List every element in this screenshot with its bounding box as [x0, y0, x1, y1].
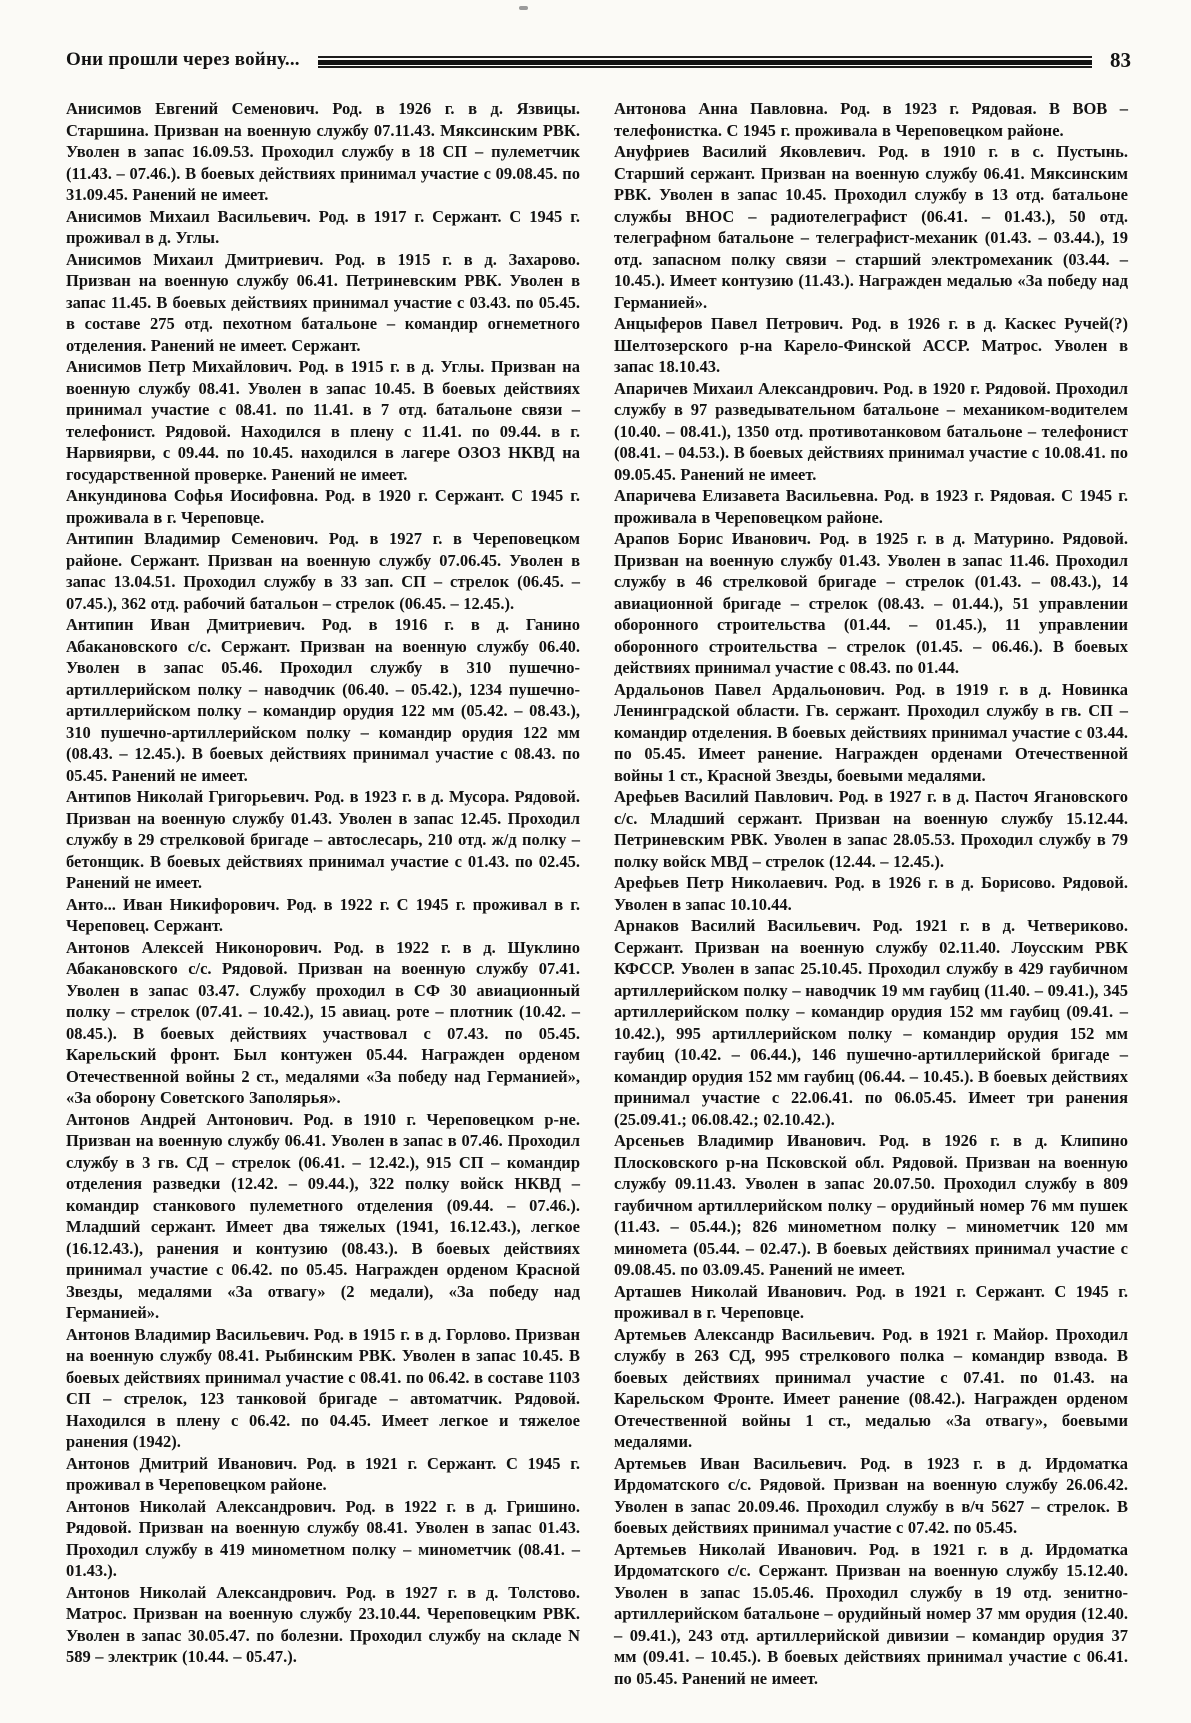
header-rule: [318, 56, 1092, 68]
veteran-entry: Арефьев Василий Павлович. Род. в 1927 г.…: [614, 786, 1128, 872]
book-page: Они прошли через войну... 83 Анисимов Ев…: [0, 0, 1191, 1723]
text-columns: Анисимов Евгений Семенович. Род. в 1926 …: [66, 98, 1128, 1689]
veteran-entry: Артемьев Иван Васильевич. Род. в 1923 г.…: [614, 1453, 1128, 1539]
veteran-entry: Антонова Анна Павловна. Род. в 1923 г. Р…: [614, 98, 1128, 141]
veteran-entry: Апаричева Елизавета Васильевна. Род. в 1…: [614, 485, 1128, 528]
veteran-entry: Антонов Николай Александрович. Род. в 19…: [66, 1496, 580, 1582]
right-column: Антонова Анна Павловна. Род. в 1923 г. Р…: [614, 98, 1128, 1689]
running-title: Они прошли через войну...: [66, 49, 300, 71]
veteran-entry: Анисимов Михаил Дмитриевич. Род. в 1915 …: [66, 249, 580, 357]
veteran-entry: Анисимов Петр Михайлович. Род. в 1915 г.…: [66, 356, 580, 485]
veteran-entry: Анисимов Евгений Семенович. Род. в 1926 …: [66, 98, 580, 206]
veteran-entry: Антонов Владимир Васильевич. Род. в 1915…: [66, 1324, 580, 1453]
veteran-entry: Анкундинова Софья Иосифовна. Род. в 1920…: [66, 485, 580, 528]
veteran-entry: Арапов Борис Иванович. Род. в 1925 г. в …: [614, 528, 1128, 679]
veteran-entry: Арсеньев Владимир Иванович. Род. в 1926 …: [614, 1130, 1128, 1281]
veteran-entry: Арнаков Василий Васильевич. Род. 1921 г.…: [614, 915, 1128, 1130]
veteran-entry: Антипин Владимир Семенович. Род. в 1927 …: [66, 528, 580, 614]
page-header: Они прошли через войну... 83: [66, 44, 1131, 76]
veteran-entry: Антонов Алексей Никонорович. Род. в 1922…: [66, 937, 580, 1109]
veteran-entry: Арташев Николай Иванович. Род. в 1921 г.…: [614, 1281, 1128, 1324]
veteran-entry: Апаричев Михаил Александрович. Род. в 19…: [614, 378, 1128, 486]
page-number: 83: [1110, 48, 1131, 73]
veteran-entry: Ардальонов Павел Ардальонович. Род. в 19…: [614, 679, 1128, 787]
scan-speck: [519, 6, 528, 10]
veteran-entry: Артемьев Александр Васильевич. Род. в 19…: [614, 1324, 1128, 1453]
veteran-entry: Антонов Николай Александрович. Род. в 19…: [66, 1582, 580, 1668]
veteran-entry: Антонов Андрей Антонович. Род. в 1910 г.…: [66, 1109, 580, 1324]
veteran-entry: Анисимов Михаил Васильевич. Род. в 1917 …: [66, 206, 580, 249]
veteran-entry: Антипов Николай Григорьевич. Род. в 1923…: [66, 786, 580, 894]
veteran-entry: Антипин Иван Дмитриевич. Род. в 1916 г. …: [66, 614, 580, 786]
veteran-entry: Ануфриев Василий Яковлевич. Род. в 1910 …: [614, 141, 1128, 313]
left-column: Анисимов Евгений Семенович. Род. в 1926 …: [66, 98, 580, 1689]
veteran-entry: Анто... Иван Никифорович. Род. в 1922 г.…: [66, 894, 580, 937]
veteran-entry: Антонов Дмитрий Иванович. Род. в 1921 г.…: [66, 1453, 580, 1496]
veteran-entry: Арефьев Петр Николаевич. Род. в 1926 г. …: [614, 872, 1128, 915]
veteran-entry: Анцыферов Павел Петрович. Род. в 1926 г.…: [614, 313, 1128, 378]
veteran-entry: Артемьев Николай Иванович. Род. в 1921 г…: [614, 1539, 1128, 1690]
